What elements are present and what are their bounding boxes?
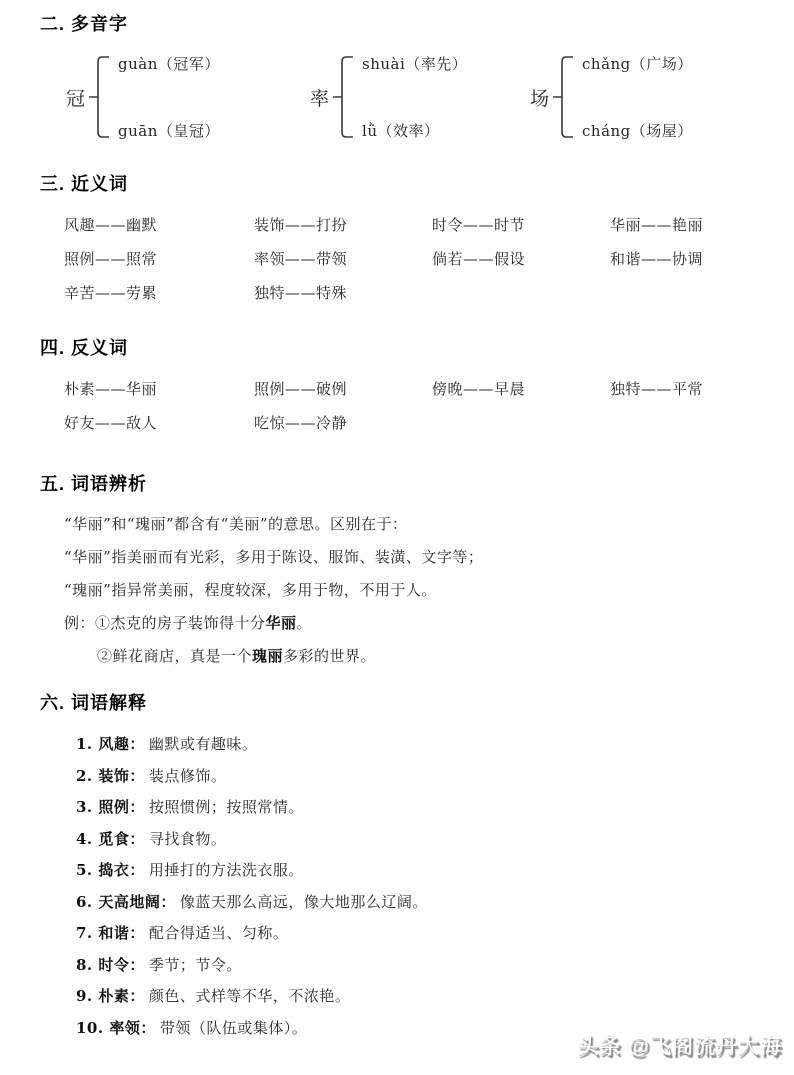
word-pair: 照例——照常 (64, 242, 254, 276)
section-heading-word-explanations: 六. 词语解释 (40, 689, 794, 715)
discrimination-line: “华丽”和“瑰丽”都含有“美丽”的意思。区别在于： (64, 508, 794, 541)
word-discrimination-block: “华丽”和“瑰丽”都含有“美丽”的意思。区别在于： “华丽”指美丽而有光彩，多用… (64, 508, 794, 673)
word-pair: 装饰——打扮 (254, 208, 432, 242)
definition-text: 颜色、式样等不华，不浓艳。 (149, 987, 351, 1005)
polyphone-char: 率 (310, 84, 329, 111)
example-keyword: 华丽 (266, 614, 297, 632)
synonym-grid: 风趣——幽默 装饰——打扮 时令——时节 华丽——艳丽 照例——照常 率领——带… (64, 208, 794, 310)
definition-text: 带领（队伍或集体）。 (160, 1019, 308, 1037)
word-pair: 独特——平常 (610, 372, 794, 406)
polyphone-readings: chǎng（广场） cháng（场屋） (582, 52, 693, 142)
antonym-grid: 朴素——华丽 照例——破例 傍晚——早晨 独特——平常 好友——敌人 吃惊——冷… (64, 372, 794, 440)
definition-term: 10. 率领： (76, 1019, 156, 1037)
reading-bottom: cháng（场屋） (582, 120, 693, 141)
definition-item: 9. 朴素：颜色、式样等不华，不浓艳。 (76, 981, 794, 1013)
definition-item: 5. 捣衣：用捶打的方法洗衣服。 (76, 855, 794, 887)
polyphone-group-shuai: 率 shuài（率先） lǜ（效率） (310, 52, 530, 142)
example-post: 多彩的世界。 (283, 647, 376, 665)
example-post: 。 (297, 614, 313, 632)
word-pair: 辛苦——劳累 (64, 276, 254, 310)
definition-item: 7. 和谐：配合得适当、匀称。 (76, 918, 794, 950)
definition-term: 7. 和谐： (76, 924, 145, 942)
example-line: ②鲜花商店，真是一个瑰丽多彩的世界。 (97, 640, 794, 673)
definition-text: 装点修饰。 (149, 767, 227, 785)
definition-item: 1. 风趣：幽默或有趣味。 (76, 729, 794, 761)
word-pair: 倘若——假设 (432, 242, 610, 276)
definition-term: 6. 天高地阔： (76, 893, 176, 911)
word-pair: 风趣——幽默 (64, 208, 254, 242)
polyphone-diagram-row: 冠 guàn（冠军） guān（皇冠） 率 shuài（率先） lǜ（效率） 场 (66, 52, 794, 142)
polyphone-readings: shuài（率先） lǜ（效率） (362, 52, 467, 142)
definition-item: 3. 照例：按照惯例；按照常情。 (76, 792, 794, 824)
word-pair: 好友——敌人 (64, 406, 254, 440)
word-pair: 吃惊——冷静 (254, 406, 432, 440)
word-pair: 时令——时节 (432, 208, 610, 242)
reading-top: guàn（冠军） (118, 53, 220, 74)
definition-text: 幽默或有趣味。 (149, 735, 258, 753)
definition-term: 2. 装饰： (76, 767, 145, 785)
polyphone-char: 场 (530, 84, 549, 111)
definition-text: 配合得适当、匀称。 (149, 924, 289, 942)
reading-top: shuài（率先） (362, 53, 467, 74)
definition-text: 像蓝天那么高远，像大地那么辽阔。 (180, 893, 428, 911)
brace-icon (89, 53, 111, 141)
definition-term: 8. 时令： (76, 956, 145, 974)
word-pair: 照例——破例 (254, 372, 432, 406)
definition-item: 6. 天高地阔：像蓝天那么高远，像大地那么辽阔。 (76, 887, 794, 919)
definition-item: 2. 装饰：装点修饰。 (76, 761, 794, 793)
section-heading-antonyms: 四. 反义词 (40, 334, 794, 360)
word-pair: 独特——特殊 (254, 276, 432, 310)
polyphone-readings: guàn（冠军） guān（皇冠） (118, 52, 220, 142)
example-pre: ②鲜花商店，真是一个 (97, 647, 252, 665)
definition-term: 1. 风趣： (76, 735, 145, 753)
definition-term: 9. 朴素： (76, 987, 145, 1005)
discrimination-line: “瑰丽”指异常美丽，程度较深，多用于物，不用于人。 (64, 574, 794, 607)
example-line: 例：①杰克的房子装饰得十分华丽。 (64, 607, 794, 640)
definition-term: 4. 觅食： (76, 830, 145, 848)
example-pre: ①杰克的房子装饰得十分 (95, 614, 266, 632)
definition-term: 3. 照例： (76, 798, 145, 816)
polyphone-group-chang: 场 chǎng（广场） cháng（场屋） (530, 52, 693, 142)
example-keyword: 瑰丽 (252, 647, 283, 665)
discrimination-line: “华丽”指美丽而有光彩，多用于陈设、服饰、装潢、文字等； (64, 541, 794, 574)
word-pair: 华丽——艳丽 (610, 208, 794, 242)
section-heading-word-discrimination: 五. 词语辨析 (40, 470, 794, 496)
reading-bottom: guān（皇冠） (118, 120, 220, 141)
definition-item: 8. 时令：季节；节令。 (76, 950, 794, 982)
polyphone-char: 冠 (66, 84, 85, 111)
section-heading-synonyms: 三. 近义词 (40, 170, 794, 196)
watermark: 头条 @飞阁流丹大海 (578, 1030, 782, 1060)
word-pair: 和谐——协调 (610, 242, 794, 276)
reading-bottom: lǜ（效率） (362, 120, 467, 141)
word-pair: 朴素——华丽 (64, 372, 254, 406)
brace-icon (553, 53, 575, 141)
word-pair: 率领——带领 (254, 242, 432, 276)
definition-term: 5. 捣衣： (76, 861, 145, 879)
definition-text: 用捶打的方法洗衣服。 (149, 861, 304, 879)
section-heading-polyphones: 二. 多音字 (40, 10, 794, 36)
reading-top: chǎng（广场） (582, 53, 693, 74)
definition-text: 季节；节令。 (149, 956, 242, 974)
definition-text: 按照惯例；按照常情。 (149, 798, 304, 816)
polyphone-group-guan: 冠 guàn（冠军） guān（皇冠） (66, 52, 310, 142)
definition-text: 寻找食物。 (149, 830, 227, 848)
definition-list: 1. 风趣：幽默或有趣味。 2. 装饰：装点修饰。 3. 照例：按照惯例；按照常… (76, 729, 794, 1044)
example-label: 例： (64, 614, 95, 632)
worksheet-page: 二. 多音字 冠 guàn（冠军） guān（皇冠） 率 shuài（率先） l… (0, 0, 794, 1075)
brace-icon (333, 53, 355, 141)
word-pair: 傍晚——早晨 (432, 372, 610, 406)
definition-item: 4. 觅食：寻找食物。 (76, 824, 794, 856)
